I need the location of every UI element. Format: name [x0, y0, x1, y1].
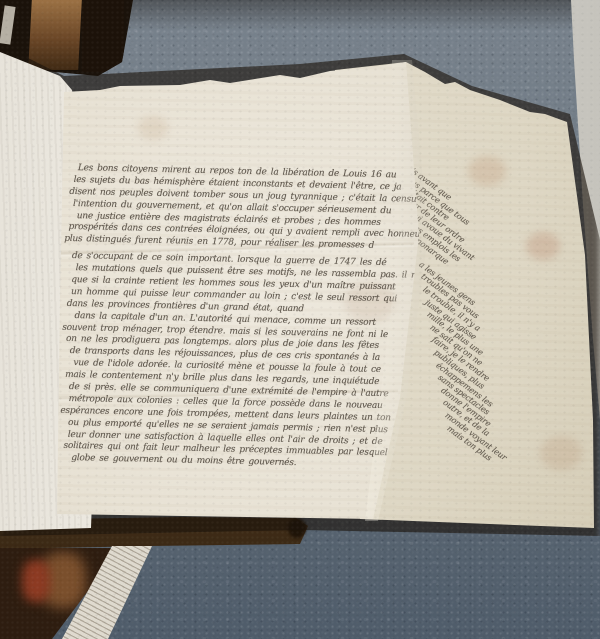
light-reflection-wedge [0, 5, 16, 44]
main-handwriting-block: Les bons citoyens mirent au repos ton de… [67, 163, 422, 473]
dark-wood-slab [82, 0, 124, 72]
paper-stain [526, 232, 560, 260]
red-book-spine-blur [22, 560, 50, 602]
wood-plank [28, 0, 82, 70]
paper-stain [540, 436, 582, 470]
paper-stain [138, 116, 168, 140]
paper-stain [468, 156, 506, 186]
photograph-of-manuscript-on-book: mois avant quenous parce que tousc'était… [0, 0, 600, 639]
